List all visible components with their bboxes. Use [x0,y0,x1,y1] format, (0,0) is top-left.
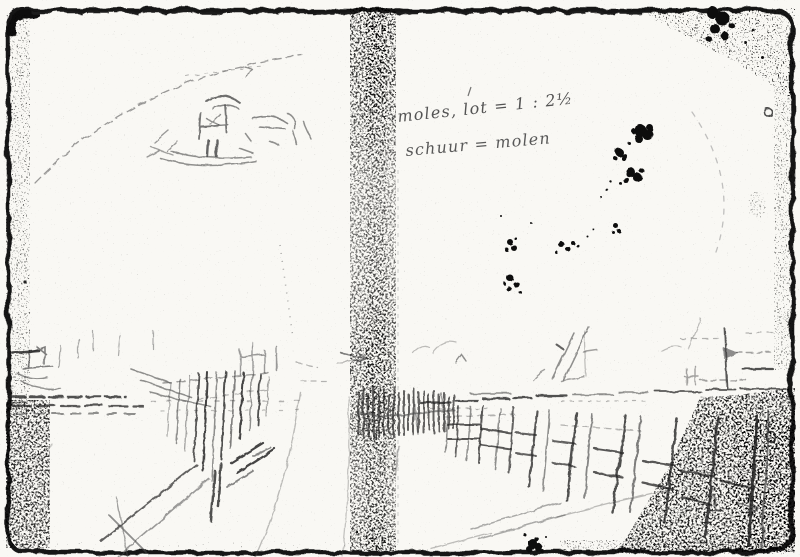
sketchbook-spread: moles, lot = 1 : 2½ schuur = molen [0,0,800,557]
binding-gutter [350,8,396,551]
sketchbook-scan: moles, lot = 1 : 2½ schuur = molen [0,0,800,557]
